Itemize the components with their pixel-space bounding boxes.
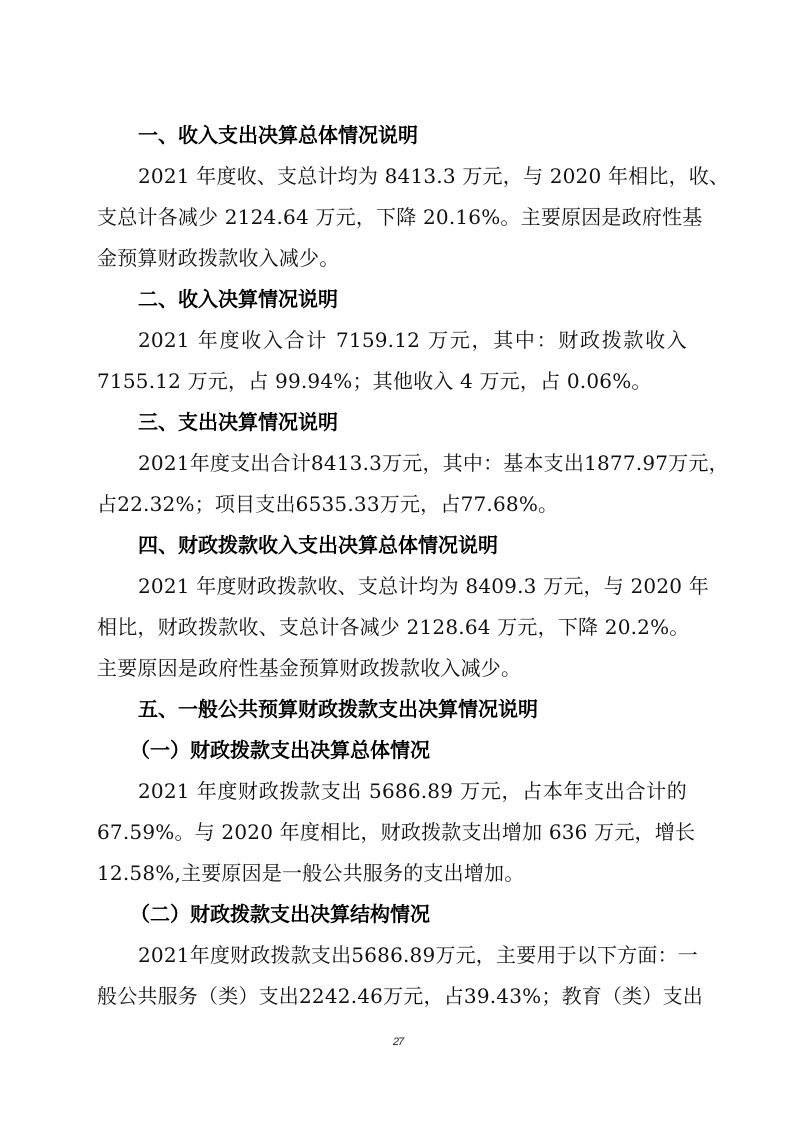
paragraph-line: 7155.12 万元，占 99.94%；其他收入 4 万元，占 0.06%。 [97,366,687,396]
paragraph-line: 2021 年度财政拨款收、支总计均为 8409.3 万元，与 2020 年 [138,571,687,601]
document-page: 一、收入支出决算总体情况说明 2021 年度收、支总计均为 8413.3 万元，… [0,0,793,1122]
section-heading-2: 二、收入决算情况说明 [138,284,338,314]
paragraph-line: 占22.32%；项目支出6535.33万元，占77.68%。 [97,489,687,519]
section-heading-5: 五、一般公共预算财政拨款支出决算情况说明 [138,694,538,724]
paragraph-line: 67.59%。与 2020 年度相比，财政拨款支出增加 636 万元，增长 [97,817,687,847]
page-number: 27 [386,1036,410,1048]
paragraph-line: 支总计各减少 2124.64 万元，下降 20.16%。主要原因是政府性基 [97,202,687,232]
paragraph-line: 相比，财政拨款收、支总计各减少 2128.64 万元，下降 20.2%。 [97,612,687,642]
section-heading-1: 一、收入支出决算总体情况说明 [138,120,418,150]
paragraph-line: 2021 年度财政拨款支出 5686.89 万元，占本年支出合计的 [138,776,687,806]
paragraph-line: 金预算财政拨款收入减少。 [97,243,687,273]
section-heading-4: 四、财政拨款收入支出决算总体情况说明 [138,530,498,560]
section-heading-3: 三、支出决算情况说明 [138,407,338,437]
paragraph-line: 2021年度财政拨款支出5686.89万元，主要用于以下方面：一 [138,940,687,970]
paragraph-line: 般公共服务（类）支出2242.46万元，占39.43%；教育（类）支出 [97,981,687,1011]
paragraph-line: 2021年度支出合计8413.3万元，其中：基本支出1877.97万元， [138,448,687,478]
paragraph-line: 主要原因是政府性基金预算财政拨款收入减少。 [97,653,687,683]
subsection-heading-5-2: （二）财政拨款支出决算结构情况 [130,899,430,929]
paragraph-line: 12.58%,主要原因是一般公共服务的支出增加。 [97,858,687,888]
subsection-heading-5-1: （一）财政拨款支出决算总体情况 [130,735,430,765]
paragraph-line: 2021 年度收入合计 7159.12 万元，其中：财政拨款收入 [138,325,687,355]
paragraph-line: 2021 年度收、支总计均为 8413.3 万元，与 2020 年相比，收、 [138,161,687,191]
